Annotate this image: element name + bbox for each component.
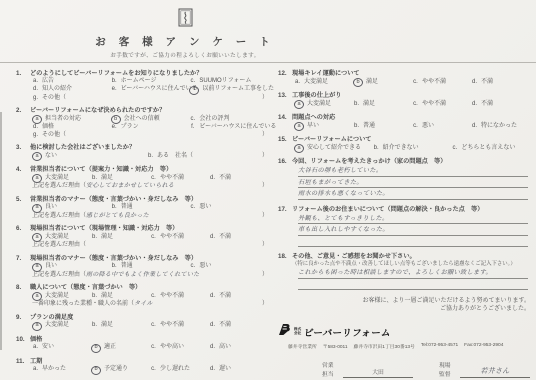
option-letter: c.: [451, 145, 458, 153]
question-17: 17.リフォーム後のお住まいについて（問題点の解決・良かった点 等）外観も、とて…: [278, 206, 530, 249]
question-title: 今回、リフォームを考えたきっかけ（家の問題点 等）: [292, 158, 530, 166]
option-label: ビーバーハウスに住んでいる: [199, 124, 276, 132]
option-b: b.満足: [91, 175, 150, 183]
question-number: 13.: [278, 92, 292, 109]
option-label: 満足: [101, 293, 113, 301]
option-label: 適正: [104, 344, 116, 352]
option-d: d.高い: [209, 344, 268, 352]
option-label: 安心して紹介できる: [307, 145, 361, 153]
question-number: 4.: [16, 166, 30, 191]
option-d: d.不満: [209, 175, 268, 183]
option-label: やや高い: [160, 344, 184, 352]
option-label: ホームページ: [121, 78, 157, 86]
option-label: 満足: [363, 101, 375, 109]
option-label: やや不満: [422, 101, 446, 109]
selected-option-circle: f: [189, 86, 199, 95]
option-b: b.満足: [91, 322, 150, 330]
option-c: c.やや不満: [150, 293, 209, 301]
option-letter: g.: [32, 132, 39, 140]
option-letter: d.: [209, 234, 216, 242]
options-row: a担当者の対応b会社への信頼c.会社の評判: [32, 115, 268, 124]
answer-ruled-line: 外観も、とてもすっきりした。: [298, 214, 528, 225]
selected-option-circle: a: [32, 292, 42, 301]
option-label: 悪い: [199, 263, 211, 271]
question-number: 2.: [16, 107, 30, 139]
option-a: a大変満足: [32, 322, 91, 331]
handwritten-answer: 車も出し入れしやすくなった。: [298, 226, 389, 233]
question-body: プランの満足度a大変満足b.満足c.やや不満d.不満: [30, 314, 268, 331]
answer-ruled-line: 石垣もまがってきた。: [298, 178, 528, 189]
phone-number: Tel:072-953-4571: [421, 343, 458, 350]
question-body: どのようにしてビーバーリフォームをお知りになりましたか？a.広告b.ホームページ…: [30, 70, 268, 102]
close-paren: ）: [262, 153, 268, 161]
option-label: プラン: [121, 124, 139, 132]
option-label: 大変満足: [45, 234, 69, 242]
option-letter: e.: [111, 124, 118, 132]
option-label: ない: [45, 153, 57, 161]
questions-column-right: 12.現場キレイ運動についてa.大変満足b満足c.やや不満d.不満13.工事後の…: [278, 70, 530, 378]
option-letter: d.: [32, 124, 39, 132]
option-label: 不満: [219, 175, 231, 183]
answer-ruled-line: 雨水の排水も悪くなっていた。: [298, 189, 528, 200]
question-body: 現場キレイ運動についてa.大変満足b満足c.やや不満d.不満: [292, 70, 530, 87]
option-letter: b.: [353, 101, 360, 109]
question-number: 8.: [16, 284, 30, 309]
option-label: 満足: [101, 175, 113, 183]
question-title: ビーバーリフォームになぜ決められたのですか？: [30, 107, 268, 115]
option-label: 良い: [45, 204, 57, 212]
close-paren: ）: [262, 242, 268, 250]
option-f: f以前リフォーム工事をした: [189, 86, 268, 95]
question-number: 18.: [278, 253, 292, 291]
option-label: 紹介できない: [383, 145, 419, 153]
reason-prefix: 上記を選んだ理由（: [32, 242, 86, 250]
reason-prefix: 上記を選んだ理由（: [32, 213, 86, 221]
option-label: 大変満足: [45, 293, 69, 301]
option-f: f.ビーバーハウスに住んでいる: [189, 124, 268, 132]
options-row: a大変満足b.満足c.やや不満d.不満: [32, 292, 268, 301]
option-e: e.ビーバーハウスに住んでいる: [111, 86, 190, 94]
option-letter: c.: [412, 79, 419, 87]
option-b: b満足: [353, 78, 412, 87]
option-label: 不満: [219, 293, 231, 301]
option-letter: b.: [91, 234, 98, 242]
answer-ruled-line: 大谷石の塀も老朽していた。: [298, 166, 528, 177]
option-a: a担当者の対応: [32, 115, 111, 124]
sales-rep-value: 大田: [343, 367, 413, 378]
reason-line: 上記を選んだ理由（）: [32, 242, 268, 250]
question-11: 11.工期a.早かったb予定通りc.少し遅れたd.遅い: [16, 358, 268, 375]
closing-line-1: お客様に、より一層ご満足いただけるよう努めてまいります。: [278, 297, 530, 305]
option-letter: c.: [150, 344, 157, 352]
option-label: ある 社名（: [157, 153, 193, 161]
option-letter: d.: [209, 175, 216, 183]
question-number: 12.: [278, 70, 292, 87]
question-body: ビーバーリフォームになぜ決められたのですか？a担当者の対応b会社への信頼c.会社…: [30, 107, 268, 139]
option-label: 普通: [121, 263, 133, 271]
option-label: 安い: [42, 344, 54, 352]
handwritten-reason: 安心しておまかせしていられる: [86, 183, 174, 191]
option-label: 大変満足: [307, 101, 331, 109]
company-prefix: 株式 会社: [294, 328, 301, 336]
option-letter: b.: [91, 322, 98, 330]
question-body: 営業担当者のマナー（態度・言葉づかい・身だしなみ 等）a良いb.普通c.悪い上記…: [30, 196, 268, 221]
option-c: c.やや不満: [412, 101, 471, 109]
company-address-row: 藤井寺営業所 〒583-0011 藤井寺市沢田1丁目30番13号 Tel:072…: [288, 343, 530, 350]
option-a: a大変満足: [294, 100, 353, 109]
option-label: 以前リフォーム工事をした: [202, 86, 274, 94]
selected-option-circle: a: [32, 322, 42, 331]
question-number: 9.: [16, 314, 30, 331]
option-b: b会社への信頼: [111, 115, 190, 124]
option-letter: b.: [91, 175, 98, 183]
reason-prefix: 一番印象に残った業種・職人の名前（: [32, 301, 134, 309]
question-title: 工事後の仕上がり: [292, 92, 530, 100]
option-label: 満足: [101, 234, 113, 242]
option-c: c.やや不満: [150, 234, 209, 242]
reason-prefix: 上記を選んだ理由（: [32, 272, 86, 280]
close-paren: ）: [262, 132, 268, 140]
option-d: d.遅い: [209, 366, 268, 374]
question-body: 問題点への対応a早いb.普通c.悪いd.特になかった: [292, 114, 530, 131]
question-6: 6.現場担当者について（現場管理・知識・対応力 等）a大変満足b.満足c.やや不…: [16, 225, 268, 250]
office-name: 藤井寺営業所: [288, 343, 317, 350]
question-18: 18.その他、ご意見・ご感想をお聞かせ下さい。（特に良かった点や不満点・改善して…: [278, 253, 530, 291]
survey-subtitle: お手数ですが、ご協力の程よろしくお願いいたします。: [10, 51, 360, 59]
question-number: 17.: [278, 206, 292, 249]
options-row: a早いb.普通c.悪いd.特になかった: [294, 122, 530, 131]
question-4: 4.営業担当者について（提案力・知識・対応力 等）a大変満足b.満足c.やや不満…: [16, 166, 268, 191]
option-letter: c.: [150, 234, 157, 242]
option-b: b.満足: [91, 234, 150, 242]
option-letter: d.: [209, 344, 216, 352]
question-body: 営業担当者について（提案力・知識・対応力 等）a大変満足b.満足c.やや不満d.…: [30, 166, 268, 191]
option-letter: d.: [32, 86, 39, 94]
selected-option-circle: b: [91, 344, 101, 353]
question-body: 今回、リフォームを考えたきっかけ（家の問題点 等）大谷石の塀も老朽していた。石垣…: [292, 158, 530, 201]
question-title: 問題点への対応: [292, 114, 530, 122]
option-c: c.やや不満: [412, 79, 471, 87]
option-letter: a.: [32, 78, 39, 86]
option-c: c.悪い: [189, 204, 268, 212]
option-c: c.やや不満: [150, 175, 209, 183]
option-a: a大変満足: [32, 292, 91, 301]
option-label: 不満: [219, 234, 231, 242]
questions-right-flow: 12.現場キレイ運動についてa.大変満足b満足c.やや不満d.不満13.工事後の…: [278, 70, 530, 291]
close-paren: ）: [262, 272, 268, 280]
option-label: やや不満: [160, 322, 184, 330]
option-b: b.満足: [353, 101, 412, 109]
survey-title: お 客 様 ア ン ケ ー ト: [10, 34, 360, 49]
option-label: 少し遅れた: [160, 366, 190, 374]
sales-rep-field: 営業担当 大田: [322, 360, 413, 378]
question-title: 現場担当者について（現場管理・知識・対応力 等）: [30, 225, 268, 233]
handwritten-answer: 雨水の排水も悪くなっていた。: [298, 190, 389, 197]
option-letter: c.: [412, 123, 419, 131]
option-g: g.その他（: [32, 95, 262, 103]
option-letter: b.: [111, 204, 118, 212]
question-body: 価格a.安いb適正c.やや高いd.高い: [30, 336, 268, 353]
option-b: b.普通: [111, 263, 190, 271]
reason-prefix: 上記を選んだ理由（: [32, 183, 86, 191]
question-body: リフォーム後のお住まいについて（問題点の解決・良かった点 等）外観も、とてもすっ…: [292, 206, 530, 249]
options-row: a大変満足b.満足c.やや不満d.不満: [32, 174, 268, 183]
question-title: プランの満足度: [30, 314, 268, 322]
street-address: 藤井寺市沢田1丁目30番13号: [354, 343, 415, 350]
option-c: c.悪い: [189, 263, 268, 271]
option-a: a良い: [32, 263, 111, 272]
option-label: SUUMOリフォーム: [199, 78, 251, 86]
option-b: b.ホームページ: [111, 78, 190, 86]
question-body: ビーバーリフォームについてa安心して紹介できるb.紹介できないc.どちらとも言え…: [292, 136, 530, 153]
option-label: 満足: [366, 79, 378, 87]
reason-line: 一番印象に残った業種・職人の名前（タイル）: [32, 301, 268, 309]
option-letter: c.: [189, 78, 196, 86]
question-body: その他、ご意見・ご感想をお聞かせ下さい。（特に良かった点や不満点・改善してほしい…: [292, 253, 530, 291]
options-row: a大変満足b.満足c.やや不満d.不満: [294, 100, 530, 109]
question-number: 10.: [16, 336, 30, 353]
option-label: 早かった: [42, 366, 66, 374]
question-title: リフォーム後のお住まいについて（問題点の解決・良かった点 等）: [292, 206, 530, 214]
answer-ruled-line: [298, 237, 528, 248]
option-a: a早い: [294, 122, 353, 131]
option-b: b.紹介できない: [373, 145, 452, 153]
question-title: 営業担当者のマナー（態度・言葉づかい・身だしなみ 等）: [30, 196, 268, 204]
question-number: 5.: [16, 196, 30, 221]
option-a: a大変満足: [32, 174, 91, 183]
survey-header: お 客 様 ア ン ケ ー ト お手数ですが、ご協力の程よろしくお願いいたします…: [10, 8, 360, 59]
option-letter: d.: [471, 123, 478, 131]
question-15: 15.ビーバーリフォームについてa安心して紹介できるb.紹介できないc.どちらと…: [278, 136, 530, 153]
handwritten-answer: これからも困った時は相談しますので、よろしくお願い致します。: [298, 269, 492, 276]
question-number: 7.: [16, 255, 30, 280]
option-label: 特になかった: [481, 123, 517, 131]
handwritten-reason: 雨の降る中でもよく作業してくれていた: [86, 272, 199, 280]
option-label: やや不満: [160, 293, 184, 301]
selected-option-circle: a: [294, 122, 304, 131]
option-letter: b.: [147, 153, 154, 161]
option-d: d.不満: [209, 234, 268, 242]
site-supervisor-label: 現場監督: [439, 360, 456, 378]
option-letter: f.: [189, 124, 196, 132]
site-supervisor-value: 若井さん: [460, 366, 530, 378]
option-label: 良い: [45, 263, 57, 271]
option-d: d.不満: [209, 293, 268, 301]
option-a: a大変満足: [32, 233, 91, 242]
question-number: 15.: [278, 136, 292, 153]
question-body: 工期a.早かったb予定通りc.少し遅れたd.遅い: [30, 358, 268, 375]
option-label: 不満: [219, 322, 231, 330]
question-10: 10.価格a.安いb適正c.やや高いd.高い: [16, 336, 268, 353]
option-d: d.不満: [209, 322, 268, 330]
beaver-emblem-icon: [178, 8, 193, 32]
option-label: 会社への信頼: [124, 116, 160, 124]
question-8: 8.職人について（態度・言葉づかい 等）a大変満足b.満足c.やや不満d.不満一…: [16, 284, 268, 309]
selected-option-circle: a: [32, 233, 42, 242]
postal-code: 〒583-0011: [323, 343, 348, 350]
option-label: 不満: [481, 79, 493, 87]
option-letter: c.: [189, 204, 196, 212]
option-a: a.大変満足: [294, 79, 353, 87]
option-letter: c.: [189, 116, 196, 124]
question-number: 3.: [16, 144, 30, 161]
question-number: 14.: [278, 114, 292, 131]
question-title: どのようにしてビーバーリフォームをお知りになりましたか？: [30, 70, 268, 78]
option-label: 担当者の対応: [45, 116, 81, 124]
question-title: 営業担当者について（提案力・知識・対応力 等）: [30, 166, 268, 174]
option-b: b予定通り: [91, 366, 150, 375]
option-d: d.価格: [32, 124, 111, 132]
question-number: 11.: [16, 358, 30, 375]
option-c: c.やや高い: [150, 344, 209, 352]
question-number: 6.: [16, 225, 30, 250]
closing-line-2: ご協力ありがとうございました。: [278, 305, 530, 313]
question-2: 2.ビーバーリフォームになぜ決められたのですか？a担当者の対応b会社への信頼c.…: [16, 107, 268, 139]
option-label: 普通: [121, 204, 133, 212]
option-label: 満足: [101, 322, 113, 330]
option-label: その他（: [42, 132, 66, 140]
question-body: 工事後の仕上がりa大変満足b.満足c.やや不満d.不満: [292, 92, 530, 109]
options-row: a.早かったb予定通りc.少し遅れたd.遅い: [32, 366, 268, 375]
site-supervisor-field: 現場監督 若井さん: [439, 360, 530, 378]
question-5: 5.営業担当者のマナー（態度・言葉づかい・身だしなみ 等）a良いb.普通c.悪い…: [16, 196, 268, 221]
company-name: ビーバーリフォーム: [303, 325, 391, 339]
close-paren: ）: [262, 183, 268, 191]
question-title: 現場キレイ運動について: [292, 70, 530, 78]
option-c: c.悪い: [412, 123, 471, 131]
option-letter: e.: [111, 86, 118, 94]
answer-ruled-line: 車も出し入れしやすくなった。: [298, 225, 528, 236]
option-label: 普通: [363, 123, 375, 131]
question-title: ビーバーリフォームについて: [292, 136, 530, 144]
options-row: a良いb.普通c.悪い: [32, 263, 268, 272]
option-a: a.安い: [32, 344, 91, 352]
sales-rep-label: 営業担当: [322, 360, 339, 378]
option-label: 会社の評判: [199, 116, 229, 124]
question-title: その他、ご意見・ご感想をお聞かせ下さい。: [292, 253, 530, 261]
question-9: 9.プランの満足度a大変満足b.満足c.やや不満d.不満: [16, 314, 268, 331]
reason-line: 上記を選んだ理由（感じがとても良かった）: [32, 213, 268, 221]
option-b: b.普通: [353, 123, 412, 131]
option-letter: g.: [32, 95, 39, 103]
selected-option-circle: a: [294, 144, 304, 153]
option-letter: b.: [91, 293, 98, 301]
option-letter: c.: [150, 293, 157, 301]
option-d: d.知人の紹介: [32, 86, 111, 94]
option-letter: b.: [111, 78, 118, 86]
option-label: 広告: [42, 78, 54, 86]
header-divider: [0, 62, 536, 63]
options-row: a大変満足b.満足c.やや不満d.不満: [32, 322, 268, 331]
reason-line: 上記を選んだ理由（安心しておまかせしていられる）: [32, 183, 268, 191]
option-b: b.ある 社名（: [147, 153, 262, 161]
close-paren: ）: [262, 213, 268, 221]
selected-option-circle: a: [32, 174, 42, 183]
question-body: 他に検討した会社はございましたか？aないb.ある 社名（）: [30, 144, 268, 161]
handwritten-answer: 外観も、とてもすっきりした。: [298, 215, 388, 222]
options-row: a良いb.普通c.悪い: [32, 204, 268, 213]
question-13: 13.工事後の仕上がりa大変満足b.満足c.やや不満d.不満: [278, 92, 530, 109]
closing-message: お客様に、より一層ご満足いただけるよう努めてまいります。 ご協力ありがとうござい…: [278, 297, 530, 313]
option-c: c.どちらとも言えない: [451, 145, 530, 153]
option-letter: a.: [294, 79, 301, 87]
options-row: a.広告b.ホームページc.SUUMOリフォーム: [32, 78, 268, 86]
option-label: 大変満足: [45, 322, 69, 330]
fax-number: Fax:072-953-2904: [464, 343, 503, 350]
option-c: c.会社の評判: [189, 116, 268, 124]
question-number: 1.: [16, 70, 30, 102]
option-d: d.特になかった: [471, 123, 530, 131]
options-row: g.その他（）: [32, 95, 268, 103]
option-label: 遅い: [219, 366, 231, 374]
question-body: 現場担当者について（現場管理・知識・対応力 等）a大変満足b.満足c.やや不満d…: [30, 225, 268, 250]
option-label: ビーバーハウスに住んでいる: [121, 86, 198, 94]
option-label: やや不満: [160, 175, 184, 183]
option-label: 不満: [481, 101, 493, 109]
selected-option-circle: b: [91, 366, 101, 375]
option-letter: a.: [32, 344, 39, 352]
option-letter: c.: [150, 175, 157, 183]
option-a: aない: [32, 152, 147, 161]
option-d: d.不満: [471, 79, 530, 87]
option-label: 価格: [42, 124, 54, 132]
question-title: 現場担当者のマナー（態度・言葉づかい・身だしなみ 等）: [30, 255, 268, 263]
option-a: a.広告: [32, 78, 111, 86]
option-letter: b.: [353, 123, 360, 131]
question-note: （特に良かった点や不満点・改善してほしい点等もございましたら遠慮なくご記入下さい…: [292, 261, 530, 268]
option-letter: d.: [471, 79, 478, 87]
option-label: 悪い: [422, 123, 434, 131]
options-row: d.価格e.プランf.ビーバーハウスに住んでいる: [32, 124, 268, 132]
option-label: 大変満足: [45, 175, 69, 183]
option-label: 悪い: [199, 204, 211, 212]
option-c: c.やや不満: [150, 322, 209, 330]
option-letter: c.: [150, 366, 157, 374]
option-a: a安心して紹介できる: [294, 144, 373, 153]
handwritten-reason: 感じがとても良かった: [86, 213, 149, 221]
options-row: d.知人の紹介e.ビーバーハウスに住んでいるf以前リフォーム工事をした: [32, 86, 268, 95]
option-g: g.その他（: [32, 132, 262, 140]
option-label: 早い: [307, 123, 319, 131]
option-c: c.SUUMOリフォーム: [189, 78, 268, 86]
question-body: 現場担当者のマナー（態度・言葉づかい・身だしなみ 等）a良いb.普通c.悪い上記…: [30, 255, 268, 280]
options-row: a安心して紹介できるb.紹介できないc.どちらとも言えない: [294, 144, 530, 153]
option-a: a.早かった: [32, 366, 91, 374]
company-logo-row: 株式 会社 ビーバーリフォーム: [278, 323, 530, 341]
questions-column-left: 1.どのようにしてビーバーリフォームをお知りになりましたか？a.広告b.ホームペ…: [16, 70, 268, 380]
scanned-survey-page: お 客 様 ア ン ケ ー ト お手数ですが、ご協力の程よろしくお願いいたします…: [0, 0, 536, 380]
answer-ruled-line: [298, 280, 528, 291]
staff-fields-row: 営業担当 大田 現場監督 若井さん: [322, 360, 530, 378]
option-label: 知人の紹介: [42, 86, 72, 94]
question-title: 他に検討した会社はございましたか？: [30, 144, 268, 152]
question-16: 16.今回、リフォームを考えたきっかけ（家の問題点 等）大谷石の塀も老朽していた…: [278, 158, 530, 201]
question-title: 価格: [30, 336, 268, 344]
handwritten-answer: 石垣もまがってきた。: [298, 179, 363, 186]
options-row: a大変満足b.満足c.やや不満d.不満: [32, 233, 268, 242]
question-body: 職人について（態度・言葉づかい 等）a大変満足b.満足c.やや不満d.不満一番印…: [30, 284, 268, 309]
selected-option-circle: b: [111, 115, 121, 124]
option-label: 大変満足: [304, 79, 328, 87]
option-letter: c.: [150, 322, 157, 330]
handwritten-reason: タイル: [134, 301, 153, 309]
option-c: c.少し遅れた: [150, 366, 209, 374]
question-14: 14.問題点への対応a早いb.普通c.悪いd.特になかった: [278, 114, 530, 131]
option-label: やや不満: [422, 79, 446, 87]
option-b: b.満足: [91, 293, 150, 301]
question-12: 12.現場キレイ運動についてa.大変満足b満足c.やや不満d.不満: [278, 70, 530, 87]
question-number: 16.: [278, 158, 292, 201]
